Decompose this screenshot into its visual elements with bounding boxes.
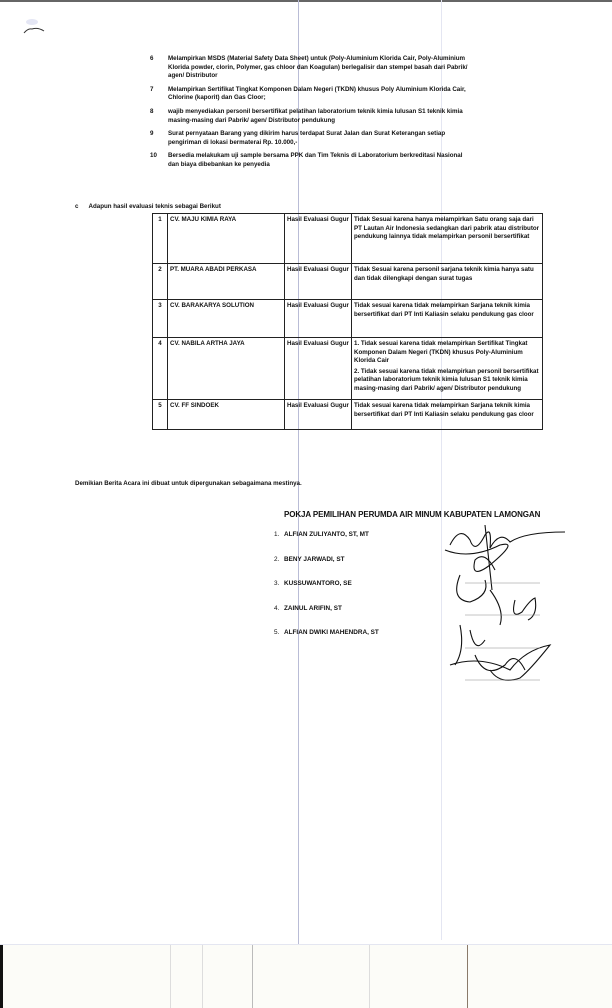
evaluation-result: Hasil Evaluasi Gugur: [285, 400, 352, 430]
scan-left-edge: [0, 945, 3, 1008]
scan-top-edge: [0, 0, 612, 2]
intro-bullet: c: [75, 203, 87, 210]
requirement-item: 10Bersedia melakukam uji sample bersama …: [150, 152, 470, 169]
evaluation-table: 1CV. MAJU KIMIA RAYAHasil Evaluasi Gugur…: [152, 213, 543, 430]
evaluation-result: Hasil Evaluasi Gugur: [285, 264, 352, 300]
signatures-image: [430, 520, 570, 690]
member-number: 5.: [274, 629, 284, 636]
member-number: 3.: [274, 580, 284, 587]
vendor-name: CV. FF SINDOEK: [168, 400, 285, 430]
committee-member: 3.KUSSUWANTORO, SE: [274, 580, 379, 605]
evaluation-reason: Tidak sesuai karena tidak melampirkan Sa…: [352, 300, 543, 338]
requirement-text: Surat pernyataan Barang yang dikirim har…: [168, 130, 470, 147]
committee-member: 5.ALFIAN DWIKI MAHENDRA, ST: [274, 629, 379, 654]
requirement-text: Melampirkan MSDS (Material Safety Data S…: [168, 55, 470, 81]
requirement-text: Melampirkan Sertifikat Tingkat Komponen …: [168, 86, 470, 103]
row-number: 1: [153, 214, 168, 264]
reason-text: 1. Tidak sesuai karena tidak melampirkan…: [354, 340, 540, 366]
member-name: ALFIAN DWIKI MAHENDRA, ST: [284, 629, 379, 636]
reason-text: 2. Tidak sesuai karena tidak melampirkan…: [354, 368, 540, 394]
row-number: 2: [153, 264, 168, 300]
vendor-name: CV. BARAKARYA SOLUTION: [168, 300, 285, 338]
table-row: 3CV. BARAKARYA SOLUTIONHasil Evaluasi Gu…: [153, 300, 543, 338]
requirement-number: 6: [150, 55, 168, 81]
table-row: 1CV. MAJU KIMIA RAYAHasil Evaluasi Gugur…: [153, 214, 543, 264]
committee-member: 1.ALFIAN ZULIYANTO, ST, MT: [274, 531, 379, 556]
vendor-name: CV. MAJU KIMIA RAYA: [168, 214, 285, 264]
requirement-item: 6Melampirkan MSDS (Material Safety Data …: [150, 55, 470, 81]
requirement-number: 9: [150, 130, 168, 147]
evaluation-result: Hasil Evaluasi Gugur: [285, 300, 352, 338]
table-row: 4CV. NABILA ARTHA JAYAHasil Evaluasi Gug…: [153, 338, 543, 400]
requirement-number: 10: [150, 152, 168, 169]
reason-text: Tidak Sesuai karena hanya melampirkan Sa…: [354, 216, 540, 242]
reason-text: Tidak Sesuai karena personil sarjana tek…: [354, 266, 540, 283]
scan-bottom-strip: [0, 944, 612, 1008]
evaluation-intro: c Adapun hasil evaluasi teknis sebagai B…: [75, 203, 221, 210]
evaluation-reason: Tidak Sesuai karena hanya melampirkan Sa…: [352, 214, 543, 264]
table-row: 5CV. FF SINDOEKHasil Evaluasi GugurTidak…: [153, 400, 543, 430]
evaluation-result: Hasil Evaluasi Gugur: [285, 338, 352, 400]
vendor-name: PT. MUARA ABADI PERKASA: [168, 264, 285, 300]
requirement-item: 7Melampirkan Sertifikat Tingkat Komponen…: [150, 86, 470, 103]
table-row: 2PT. MUARA ABADI PERKASAHasil Evaluasi G…: [153, 264, 543, 300]
requirement-number: 8: [150, 108, 168, 125]
scan-smudge-mark: [10, 14, 48, 38]
requirement-text: Bersedia melakukam uji sample bersama PP…: [168, 152, 470, 169]
evaluation-reason: Tidak sesuai karena tidak melampirkan Sa…: [352, 400, 543, 430]
requirement-number: 7: [150, 86, 168, 103]
committee-members: 1.ALFIAN ZULIYANTO, ST, MT2.BENY JARWADI…: [274, 531, 379, 654]
evaluation-reason: 1. Tidak sesuai karena tidak melampirkan…: [352, 338, 543, 400]
member-number: 4.: [274, 605, 284, 612]
member-name: BENY JARWADI, ST: [284, 556, 345, 563]
evaluation-result: Hasil Evaluasi Gugur: [285, 214, 352, 264]
member-number: 2.: [274, 556, 284, 563]
requirements-list: 6Melampirkan MSDS (Material Safety Data …: [150, 55, 470, 175]
reason-text: Tidak sesuai karena tidak melampirkan Sa…: [354, 402, 540, 419]
member-name: ZAINUL ARIFIN, ST: [284, 605, 342, 612]
closing-statement: Demikian Berita Acara ini dibuat untuk d…: [75, 480, 302, 487]
committee-member: 4.ZAINUL ARIFIN, ST: [274, 605, 379, 630]
evaluation-reason: Tidak Sesuai karena personil sarjana tek…: [352, 264, 543, 300]
committee-member: 2.BENY JARWADI, ST: [274, 556, 379, 581]
committee-title: POKJA PEMILIHAN PERUMDA AIR MINUM KABUPA…: [284, 510, 540, 519]
requirement-text: wajib menyediakan personil bersertifikat…: [168, 108, 470, 125]
row-number: 5: [153, 400, 168, 430]
vendor-name: CV. NABILA ARTHA JAYA: [168, 338, 285, 400]
requirement-item: 9Surat pernyataan Barang yang dikirim ha…: [150, 130, 470, 147]
member-number: 1.: [274, 531, 284, 538]
requirement-item: 8wajib menyediakan personil bersertifika…: [150, 108, 470, 125]
row-number: 3: [153, 300, 168, 338]
row-number: 4: [153, 338, 168, 400]
intro-text: Adapun hasil evaluasi teknis sebagai Ber…: [89, 203, 221, 210]
member-name: KUSSUWANTORO, SE: [284, 580, 352, 587]
reason-text: Tidak sesuai karena tidak melampirkan Sa…: [354, 302, 540, 319]
member-name: ALFIAN ZULIYANTO, ST, MT: [284, 531, 369, 538]
